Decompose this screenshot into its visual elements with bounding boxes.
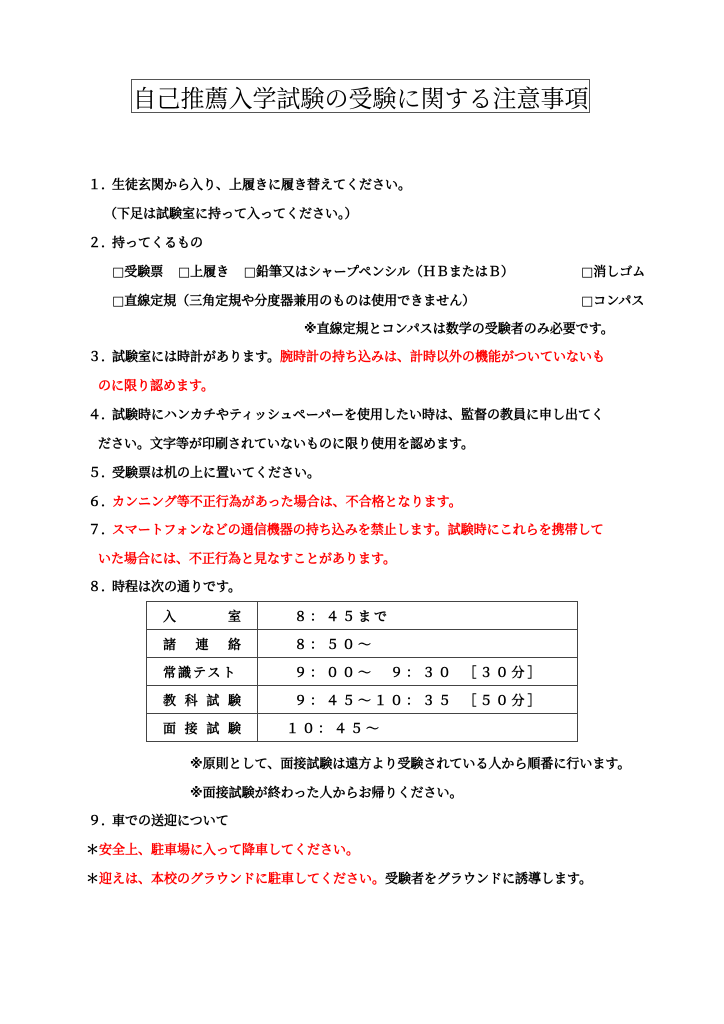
schedule-table: 入室 ８：４５まで 諸連絡 ８：５０～ 常識テスト ９：００～ ９：３０ ［３０… — [146, 601, 578, 742]
belongings-row-2: □直線定規（三角定規や分度器兼用のものは使用できません） — [112, 294, 475, 310]
item-text: 車での送迎について — [112, 814, 229, 829]
table-row: 面接試験 １０：４５～ — [147, 714, 578, 742]
item-text: 受験者をグラウンドに誘導します。 — [385, 872, 592, 887]
item-2: ２．持ってくるもの — [88, 236, 203, 252]
schedule-label: 教科試験 — [147, 686, 258, 714]
schedule-note-2: ※面接試験が終わった人からお帰りください。 — [190, 786, 463, 802]
item-text-alert: 腕時計の持ち込みは、計時以外の機能がついていないも — [280, 350, 605, 365]
item-6: ６．カンニング等不正行為があった場合は、不合格となります。 — [88, 495, 462, 511]
item-number: ９． — [88, 814, 112, 830]
note-text: ※面接試験が終わった人からお帰りください。 — [190, 786, 463, 801]
item-3-cont: のに限り認めます。 — [98, 379, 214, 395]
item-number: ２． — [88, 236, 112, 252]
checkbox-ruler: □直線定規（三角定規や分度器兼用のものは使用できません） — [112, 294, 475, 309]
item-3: ３．試験室には時計があります。腕時計の持ち込みは、計時以外の機能がついていないも — [88, 350, 605, 366]
note-text: ※直線定規とコンパスは数学の受験者のみ必要です。 — [304, 322, 614, 337]
item-text: （下足は試験室に持って入ってください。） — [104, 207, 358, 222]
item-text: 試験時にハンカチやティッシュペーパーを使用したい時は、監督の教員に申し出てく — [112, 408, 604, 423]
checkbox-exam-ticket: □受験票 — [112, 265, 163, 280]
asterisk-icon: ＊ — [86, 843, 99, 858]
table-row: 常識テスト ９：００～ ９：３０ ［３０分］ — [147, 658, 578, 686]
item-text-alert: のに限り認めます。 — [98, 379, 214, 394]
schedule-label: 諸連絡 — [147, 630, 258, 658]
schedule-time: ８：５０～ — [258, 630, 578, 658]
schedule-label: 面接試験 — [147, 714, 258, 742]
item-text-alert: カンニング等不正行為があった場合は、不合格となります。 — [112, 495, 462, 510]
item-4-cont: ださい。文字等が印刷されていないものに限り使用を認めます。 — [98, 437, 474, 453]
belongings-row-1: □受験票 □上履き □鉛筆又はシャープペンシル（ＨＢまたはＢ） — [112, 265, 514, 281]
item-1-sub: （下足は試験室に持って入ってください。） — [104, 207, 358, 223]
item-text: 受験票は机の上に置いてください。 — [112, 466, 320, 481]
item-8: ８．時程は次の通りです。 — [88, 580, 241, 596]
item-5: ５．受験票は机の上に置いてください。 — [88, 466, 320, 482]
item-text-alert: 迎えは、本校のグラウンドに駐車してください。 — [99, 872, 385, 887]
asterisk-icon: ＊ — [86, 872, 99, 887]
belongings-row-1-eraser: □消しゴム — [581, 265, 645, 281]
item-text: 生徒玄関から入り、上履きに履き替えてください。 — [112, 178, 411, 193]
item-number: ６． — [88, 495, 112, 511]
checkbox-pencil: □鉛筆又はシャープペンシル（ＨＢまたはＢ） — [244, 265, 514, 280]
item-text: 持ってくるもの — [112, 236, 203, 251]
item-7: ７．スマートフォンなどの通信機器の持ち込みを禁止します。試験時にこれらを携帯して — [88, 523, 604, 539]
belongings-note: ※直線定規とコンパスは数学の受験者のみ必要です。 — [304, 322, 614, 338]
schedule-label: 入室 — [147, 602, 258, 630]
schedule-time: １０：４５～ — [258, 714, 578, 742]
schedule-label: 常識テスト — [147, 658, 258, 686]
item-7-cont: いた場合には、不正行為と見なすことがあります。 — [98, 552, 396, 568]
schedule-time: ９：４５～１０：３５ ［５０分］ — [258, 686, 578, 714]
car-bullet-1: ＊安全上、駐車場に入って降車してください。 — [86, 843, 359, 859]
item-number: ７． — [88, 523, 112, 539]
item-text: 試験室には時計があります。 — [112, 350, 280, 365]
item-text-alert: いた場合には、不正行為と見なすことがあります。 — [98, 552, 396, 567]
item-text-alert: スマートフォンなどの通信機器の持ち込みを禁止します。試験時にこれらを携帯して — [112, 523, 604, 538]
item-number: １． — [88, 178, 112, 194]
table-row: 入室 ８：４５まで — [147, 602, 578, 630]
note-text: ※原則として、面接試験は遠方より受験されている人から順番に行います。 — [190, 757, 630, 772]
item-number: ３． — [88, 350, 112, 366]
item-number: ８． — [88, 580, 112, 596]
item-text: 時程は次の通りです。 — [112, 580, 241, 595]
item-text: ださい。文字等が印刷されていないものに限り使用を認めます。 — [98, 437, 474, 452]
schedule-time: ９：００～ ９：３０ ［３０分］ — [258, 658, 578, 686]
table-row: 教科試験 ９：４５～１０：３５ ［５０分］ — [147, 686, 578, 714]
item-number: ４． — [88, 408, 112, 424]
item-number: ５． — [88, 466, 112, 482]
checkbox-eraser: □消しゴム — [581, 265, 645, 280]
checkbox-indoor-shoes: □上履き — [178, 265, 229, 280]
belongings-row-2-compass: □コンパス — [581, 294, 644, 310]
item-1: １．生徒玄関から入り、上履きに履き替えてください。 — [88, 178, 411, 194]
title-box: 自己推薦入学試験の受験に関する注意事項 — [131, 79, 590, 113]
item-text-alert: 安全上、駐車場に入って降車してください。 — [99, 843, 359, 858]
item-4: ４．試験時にハンカチやティッシュペーパーを使用したい時は、監督の教員に申し出てく — [88, 408, 604, 424]
table-row: 諸連絡 ８：５０～ — [147, 630, 578, 658]
page-title: 自己推薦入学試験の受験に関する注意事項 — [133, 79, 589, 114]
schedule-time: ８：４５まで — [258, 602, 578, 630]
schedule-note-1: ※原則として、面接試験は遠方より受験されている人から順番に行います。 — [190, 757, 630, 773]
car-bullet-2: ＊迎えは、本校のグラウンドに駐車してください。受験者をグラウンドに誘導します。 — [86, 872, 592, 888]
checkbox-compass: □コンパス — [581, 294, 644, 309]
item-9: ９．車での送迎について — [88, 814, 229, 830]
